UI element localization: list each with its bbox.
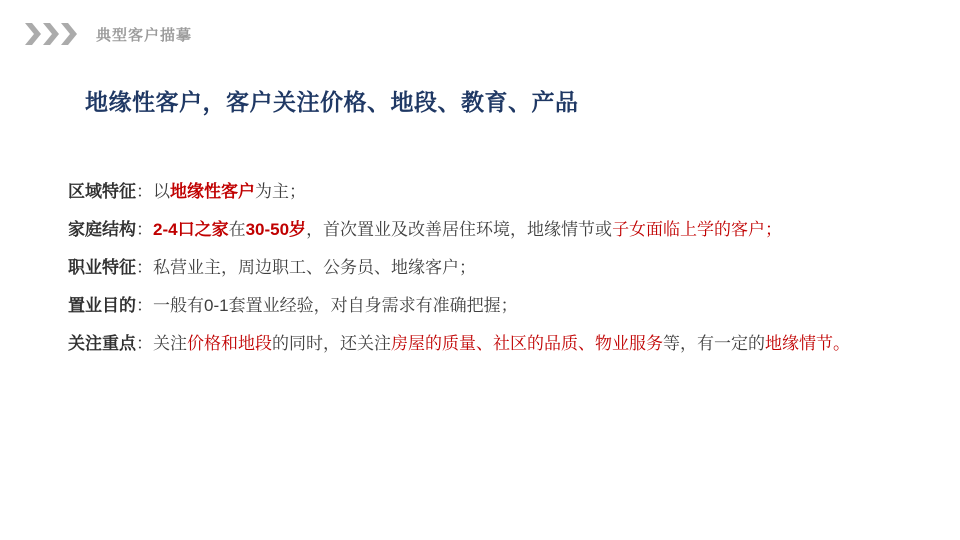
profile-line: 置业目的：一般有0-1套置业经验，对自身需求有准确把握； [68, 295, 928, 317]
profile-line: 家庭结构：2-4口之家在30-50岁，首次置业及改善居住环境，地缘情节或子女面临… [68, 219, 928, 241]
line-segment: 的同时，还关注 [272, 334, 391, 353]
line-segment: 职业特征 [68, 258, 136, 277]
line-segment: 家庭结构 [68, 220, 136, 239]
profile-line: 职业特征：私营业主，周边职工、公务员、地缘客户； [68, 257, 928, 279]
line-segment: ：一般有0-1套置业经验，对自身需求有准确把握； [136, 296, 518, 315]
line-segment: ： [136, 220, 153, 239]
line-segment: 30-50岁 [246, 220, 306, 239]
slide-title: 地缘性客户，客户关注价格、地段、教育、产品 [85, 84, 579, 117]
line-segment: 地缘性客户 [170, 182, 255, 201]
profile-line: 关注重点：关注价格和地段的同时，还关注房屋的质量、社区的品质、物业服务等，有一定… [68, 333, 928, 355]
line-segment: 等，有一定的 [663, 334, 765, 353]
line-segment: 子女面临上学的客户； [612, 220, 782, 239]
profile-line: 区域特征：以地缘性客户为主； [68, 181, 928, 203]
slide-header: 典型客户描摹 [25, 23, 192, 45]
line-segment: ：关注 [136, 334, 187, 353]
line-segment: 房屋的质量、社区的品质、物业服务 [391, 334, 663, 353]
triple-chevron-right-icon [25, 23, 81, 45]
line-segment: 区域特征 [68, 182, 136, 201]
line-segment: ：以 [136, 182, 170, 201]
profile-lines: 区域特征：以地缘性客户为主；家庭结构：2-4口之家在30-50岁，首次置业及改善… [68, 181, 928, 371]
line-segment: 在 [229, 220, 246, 239]
line-segment: ：私营业主，周边职工、公务员、地缘客户； [136, 258, 476, 277]
slide: 典型客户描摹 地缘性客户，客户关注价格、地段、教育、产品 区域特征：以地缘性客户… [0, 0, 960, 540]
line-segment: 置业目的 [68, 296, 136, 315]
line-segment: 地缘情节。 [765, 334, 850, 353]
line-segment: 2-4口之家 [153, 220, 229, 239]
line-segment: 为主； [255, 182, 306, 201]
line-segment: 关注重点 [68, 334, 136, 353]
line-segment: ，首次置业及改善居住环境，地缘情节或 [306, 220, 612, 239]
header-title: 典型客户描摹 [96, 24, 192, 45]
line-segment: 价格和地段 [187, 334, 272, 353]
